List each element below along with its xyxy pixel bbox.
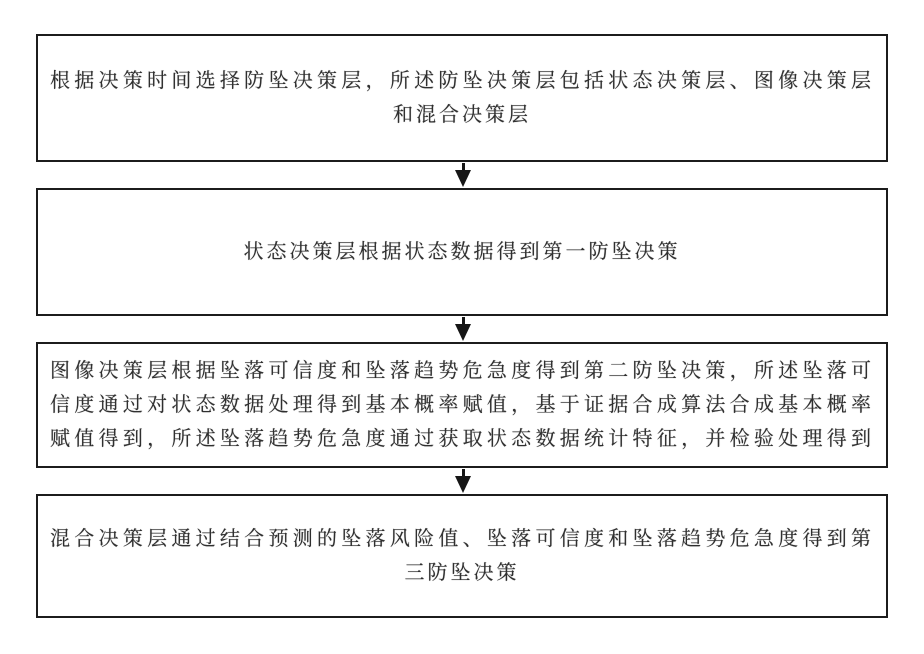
flow-step-4-line-2: 三防坠决策 bbox=[50, 556, 874, 590]
arrow-head bbox=[455, 170, 471, 187]
arrow-stem bbox=[462, 317, 465, 324]
arrow-down-icon bbox=[447, 163, 479, 188]
flow-step-1: 根据决策时间选择防坠决策层，所述防坠决策层包括状态决策层、图像决策层 和混合决策… bbox=[36, 34, 888, 162]
arrow-head bbox=[455, 476, 471, 493]
flow-step-3: 图像决策层根据坠落可信度和坠落趋势危急度得到第二防坠决策，所述坠落可 信度通过对… bbox=[36, 342, 888, 468]
arrow-stem bbox=[462, 469, 465, 476]
flow-step-2-line-1: 状态决策层根据状态数据得到第一防坠决策 bbox=[50, 235, 874, 269]
flow-step-4-line-1: 混合决策层通过结合预测的坠落风险值、坠落可信度和坠落趋势危急度得到第 bbox=[50, 522, 874, 556]
arrow-down-icon bbox=[447, 469, 479, 494]
arrow-head bbox=[455, 324, 471, 341]
flow-step-4: 混合决策层通过结合预测的坠落风险值、坠落可信度和坠落趋势危急度得到第 三防坠决策 bbox=[36, 494, 888, 618]
flow-step-1-line-1: 根据决策时间选择防坠决策层，所述防坠决策层包括状态决策层、图像决策层 bbox=[50, 64, 874, 98]
flow-step-2: 状态决策层根据状态数据得到第一防坠决策 bbox=[36, 188, 888, 316]
flow-step-3-line-3: 赋值得到，所述坠落趋势危急度通过获取状态数据统计特征，并检验处理得到 bbox=[50, 422, 874, 456]
flow-step-3-line-2: 信度通过对状态数据处理得到基本概率赋值，基于证据合成算法合成基本概率 bbox=[50, 388, 874, 422]
flow-step-1-line-2: 和混合决策层 bbox=[50, 98, 874, 132]
flowchart-figure: 根据决策时间选择防坠决策层，所述防坠决策层包括状态决策层、图像决策层 和混合决策… bbox=[0, 0, 924, 654]
arrow-down-icon bbox=[447, 317, 479, 342]
arrow-stem bbox=[462, 163, 465, 170]
flow-step-3-line-1: 图像决策层根据坠落可信度和坠落趋势危急度得到第二防坠决策，所述坠落可 bbox=[50, 354, 874, 388]
